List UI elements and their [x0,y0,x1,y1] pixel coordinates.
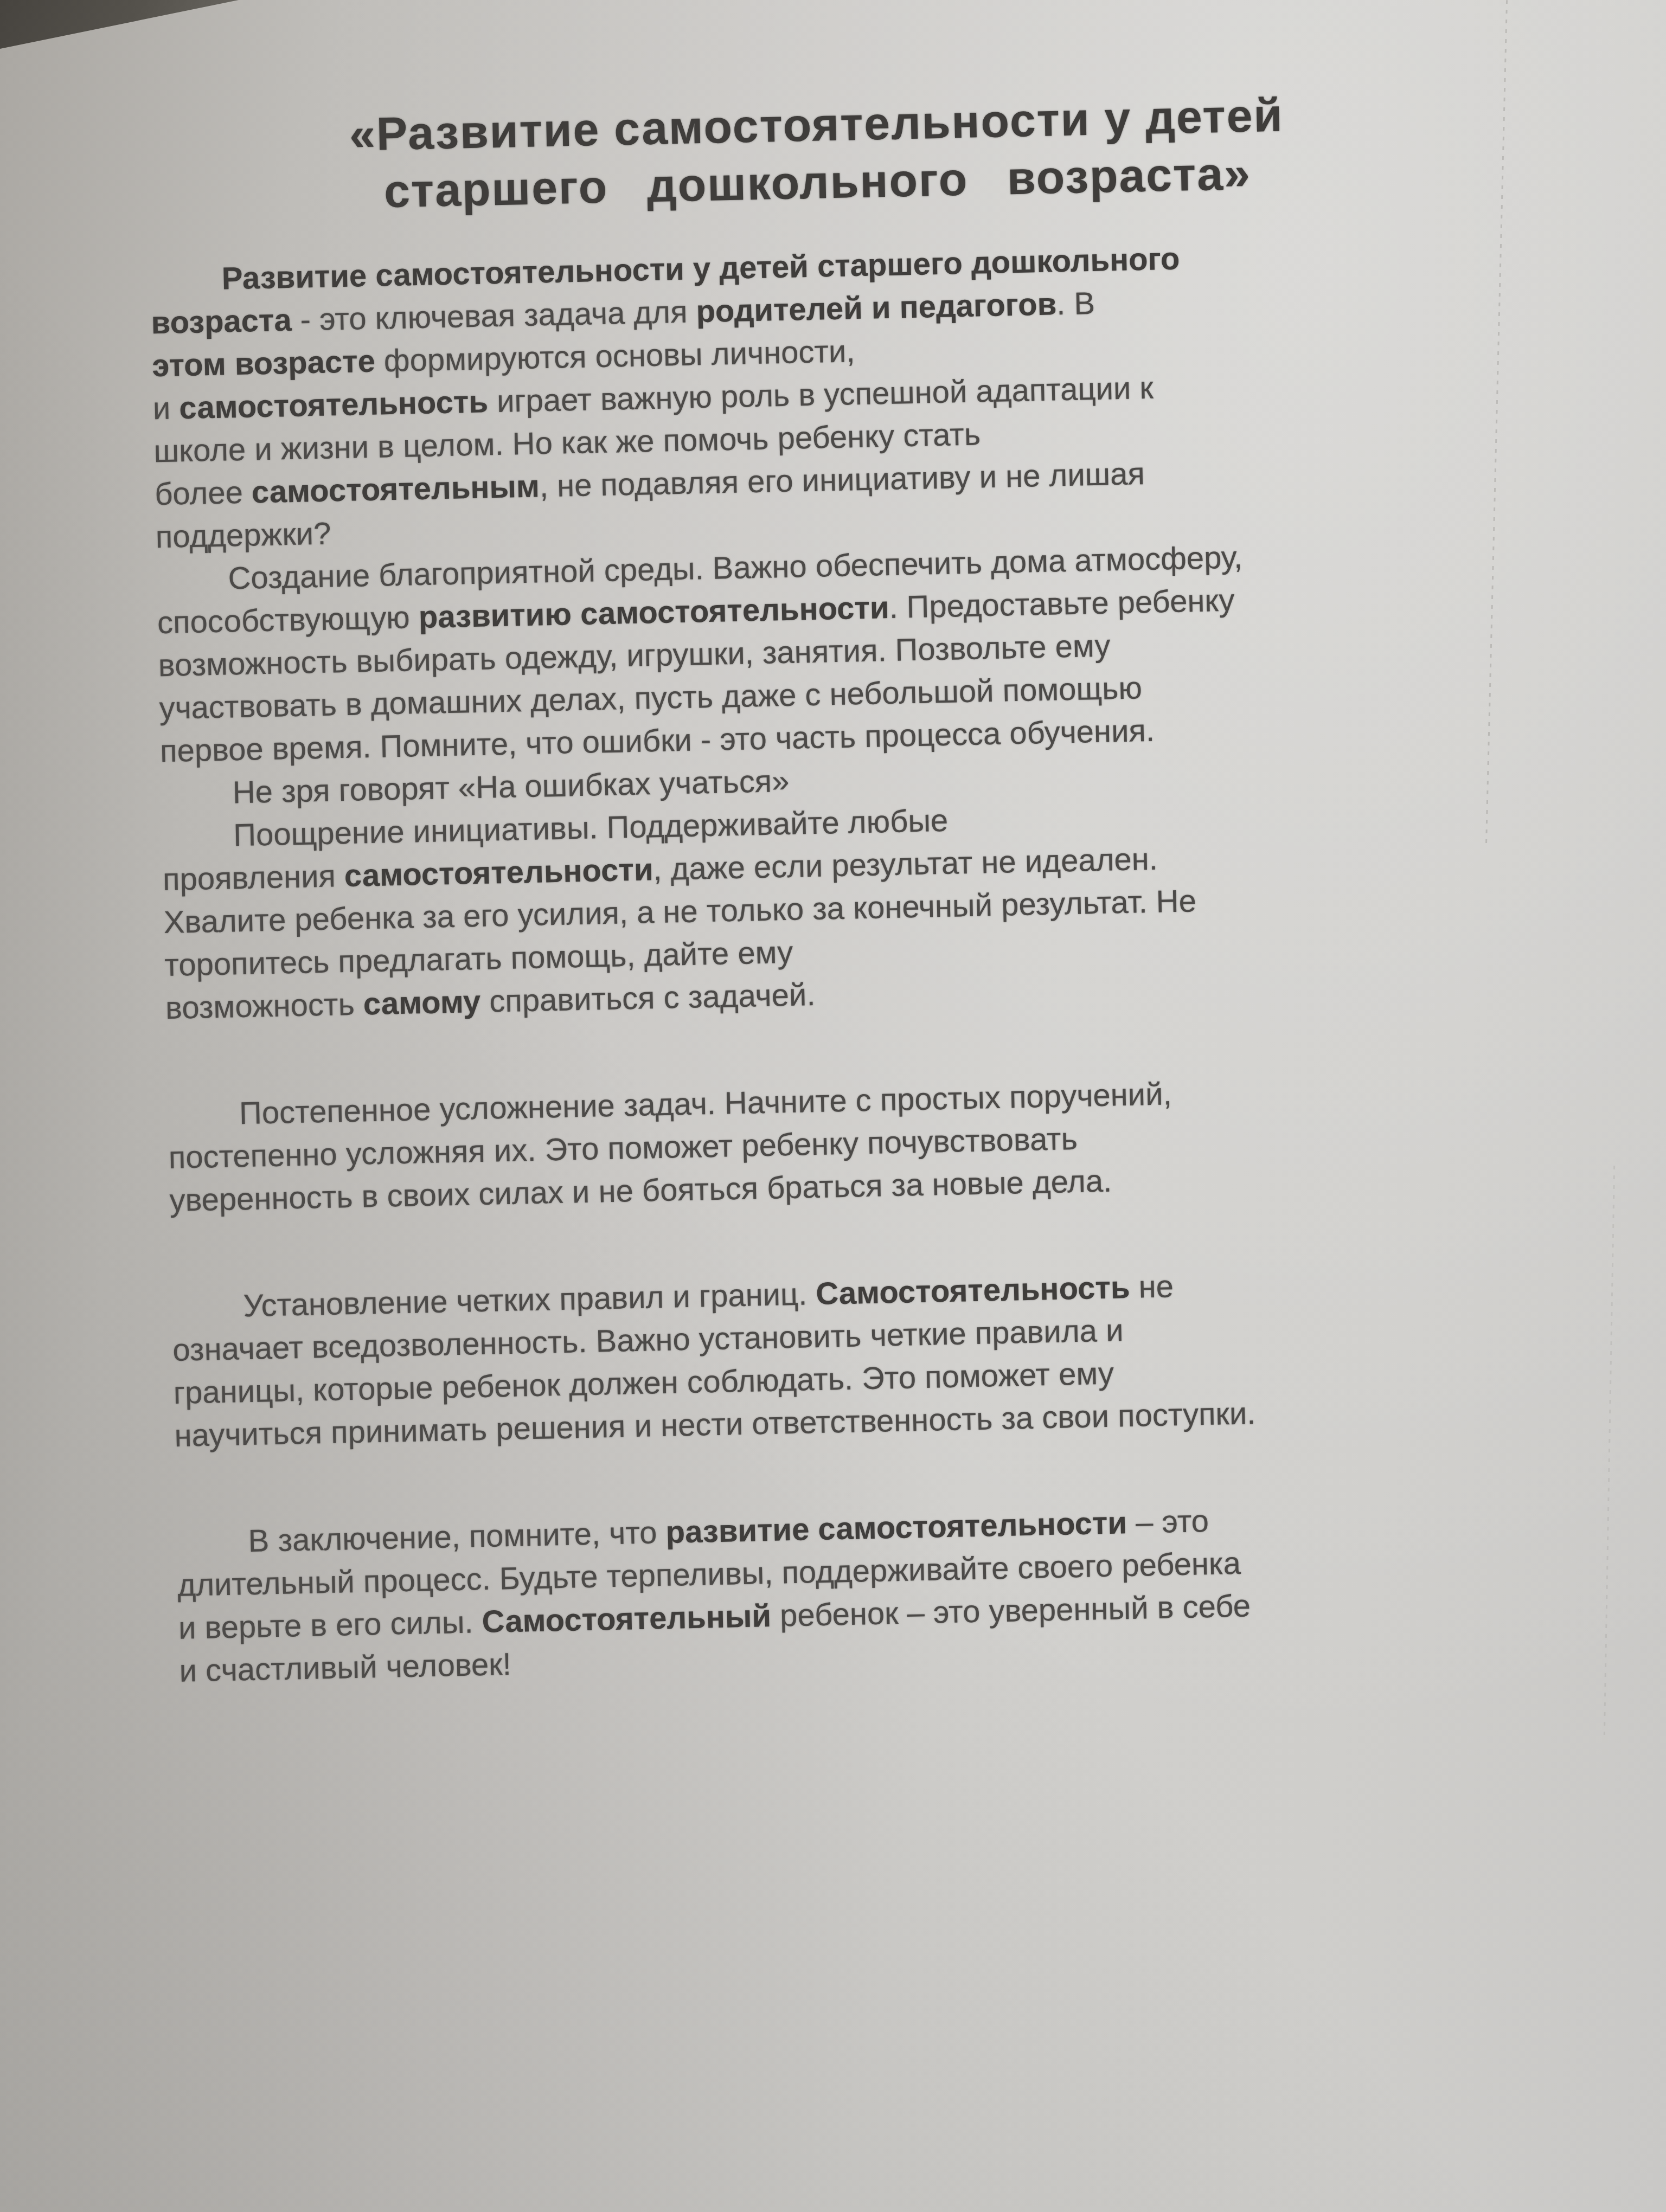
paragraph: Поощрение инициативы. Поддерживайте любы… [162,787,1554,1030]
text-segment: – это [1126,1503,1209,1540]
text-segment: не [1130,1269,1174,1305]
text-segment: Установление четких правил и границ. [243,1276,816,1323]
text-segment: способствующую [157,600,419,640]
text-segment: поддержки? [155,516,331,555]
text-segment: справиться с задачей. [480,977,816,1019]
text-segment: Не зря говорят «На ошибках учаться» [232,763,790,810]
text-segment: проявления [162,858,344,897]
document-title: «Развитие самостоятельности у детей стар… [15,80,1618,228]
text-segment: самостоятельности [344,852,653,893]
text-segment: . Предоставьте ребенку [889,583,1235,625]
paragraph: В заключение, помните, что развитие само… [176,1492,1568,1693]
text-segment: родителей и педагогов [696,286,1057,329]
text-segment: более [155,475,252,512]
text-segment: возраста [151,303,292,340]
text-segment: , не подавляя его инициативу и не лишая [539,456,1145,504]
paragraph: Установление четких правил и границ. Сам… [171,1257,1563,1457]
paragraph: Создание благоприятной среды. Важно обес… [156,530,1549,773]
text-segment: развитие самостоятельности [665,1505,1127,1550]
text-segment: формируются основы личности, [375,333,855,379]
text-segment: и верьте в его силы. [178,1604,482,1646]
text-segment: Самостоятельный [482,1598,772,1639]
paragraph: Развитие самостоятельности у детей старш… [150,230,1544,558]
text-segment: В заключение, помните, что [248,1515,666,1559]
text-segment: . В [1056,286,1095,321]
text-segment: ребенок – это уверенный в себе [771,1588,1251,1634]
text-segment: самостоятельность [179,384,489,426]
text-segment: и [152,390,180,426]
text-segment: этом возрасте [152,344,376,384]
text-segment: - это ключевая задача для [291,294,696,338]
document-page: «Развитие самостоятельности у детей стар… [0,0,1666,1696]
text-segment: самому [363,984,481,1022]
text-segment: , даже если результат не идеален. [653,841,1158,887]
text-segment: развитию самостоятельности [418,590,889,635]
text-segment: самостоятельным [251,468,540,510]
text-segment: Самостоятельность [816,1270,1130,1311]
document-body: Развитие самостоятельности у детей старш… [150,230,1568,1693]
text-segment: возможность [165,986,363,1026]
paragraph: Постепенное усложнение задач. Начните с … [167,1064,1558,1222]
text-segment: и счастливый человек! [179,1647,511,1689]
